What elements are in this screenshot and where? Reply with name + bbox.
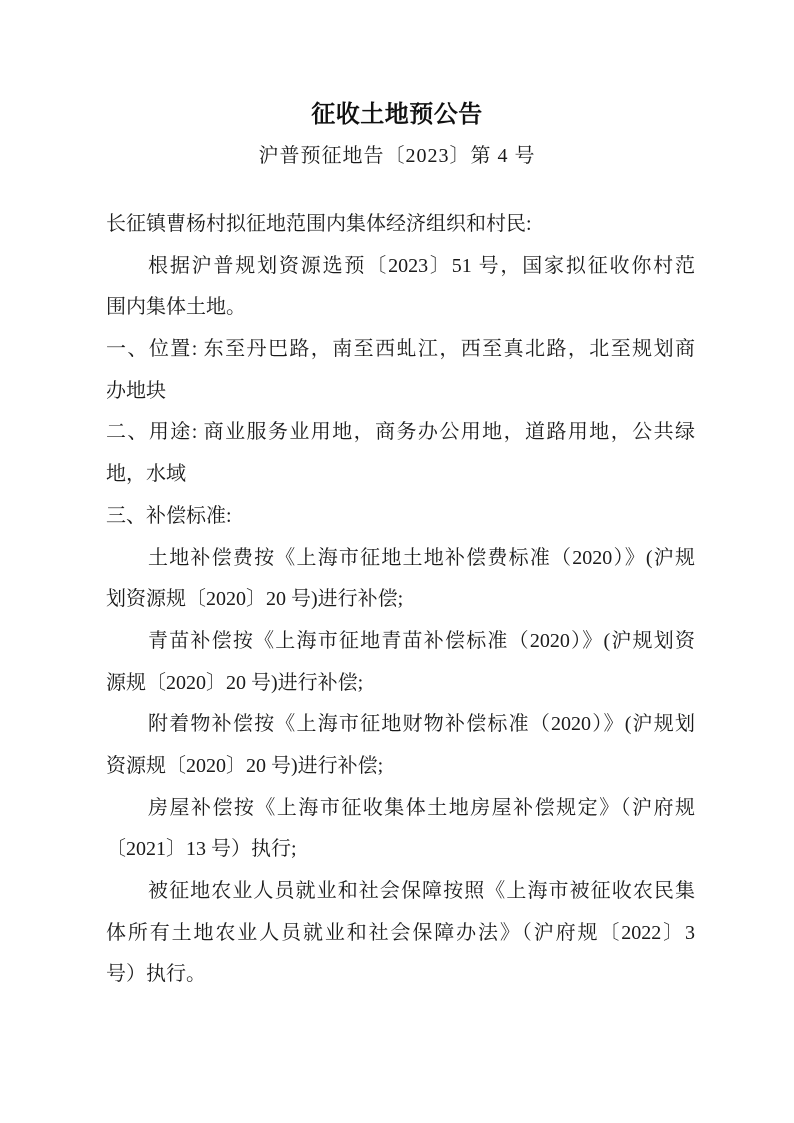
document-body: 长征镇曹杨村拟征地范围内集体经济组织和村民: 根据沪普规划资源选预〔2023〕5… (106, 204, 695, 996)
document-page: 征收土地预公告 沪普预征地告〔2023〕第 4 号 长征镇曹杨村拟征地范围内集体… (0, 0, 794, 1123)
document-title: 征收土地预公告 (0, 102, 794, 128)
salutation-line: 长征镇曹杨村拟征地范围内集体经济组织和村民: (106, 204, 695, 246)
document-line: 围内集体土地。 (106, 287, 695, 329)
document-line: 一、位置: 东至丹巴路，南至西虬江，西至真北路，北至规划商 (106, 329, 695, 371)
document-line: 划资源规〔2020〕20 号)进行补偿; (106, 579, 695, 621)
document-line: 办地块 (106, 371, 695, 413)
document-line: 三、补偿标准: (106, 496, 695, 538)
document-line: 被征地农业人员就业和社会保障按照《上海市被征收农民集 (106, 871, 695, 913)
document-line: 号）执行。 (106, 954, 695, 996)
document-line: 二、用途: 商业服务业用地，商务办公用地，道路用地，公共绿 (106, 412, 695, 454)
document-line: 青苗补偿按《上海市征地青苗补偿标准（2020）》(沪规划资 (106, 621, 695, 663)
document-number: 沪普预征地告〔2023〕第 4 号 (0, 145, 794, 167)
document-line: 房屋补偿按《上海市征收集体土地房屋补偿规定》（沪府规 (106, 788, 695, 830)
document-line: 体所有土地农业人员就业和社会保障办法》（沪府规〔2022〕3 (106, 913, 695, 955)
document-line: 资源规〔2020〕20 号)进行补偿; (106, 746, 695, 788)
document-line: 〔2021〕13 号）执行; (106, 829, 695, 871)
document-line: 根据沪普规划资源选预〔2023〕51 号，国家拟征收你村范 (106, 246, 695, 288)
document-line: 附着物补偿按《上海市征地财物补偿标准（2020）》(沪规划 (106, 704, 695, 746)
document-line: 土地补偿费按《上海市征地土地补偿费标准（2020）》(沪规 (106, 538, 695, 580)
document-line: 地，水域 (106, 454, 695, 496)
document-line: 源规〔2020〕20 号)进行补偿; (106, 663, 695, 705)
